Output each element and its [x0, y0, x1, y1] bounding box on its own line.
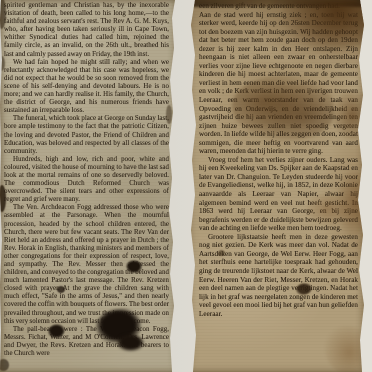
left-newspaper-clipping: spirited gentleman and Christian has, by… [0, 0, 178, 372]
article-paragraph: The Ven. Archdeacon Fogg addressed those… [4, 204, 169, 325]
article-paragraph: The pall-bearers were : The Ven. Archdea… [4, 326, 169, 358]
article-paragraph: een zilveren gift van de gemeente ontvan… [199, 2, 358, 11]
right-column-text: een zilveren gift van de gemeente ontvan… [188, 0, 366, 372]
article-paragraph: We had fain hoped he might still rally; … [4, 59, 169, 116]
article-paragraph: spirited gentleman and Christian has, by… [4, 2, 169, 59]
right-newspaper-clipping: een zilveren gift van de gemeente ontvan… [188, 0, 366, 372]
article-paragraph: Grootere lijkstaatsie heeft men in deze … [199, 233, 358, 318]
article-paragraph: Aan de stad werd hij ernstig ziek ; en, … [199, 11, 358, 156]
article-paragraph: Hundreds, high and low, rich and poor, w… [4, 156, 169, 205]
article-paragraph: The funeral, which took place at George … [4, 115, 169, 155]
left-column-text: spirited gentleman and Christian has, by… [0, 0, 178, 372]
article-paragraph: Vroeg trof hem het verlies zijner ouders… [199, 156, 358, 233]
scanned-page: spirited gentleman and Christian has, by… [0, 0, 372, 372]
